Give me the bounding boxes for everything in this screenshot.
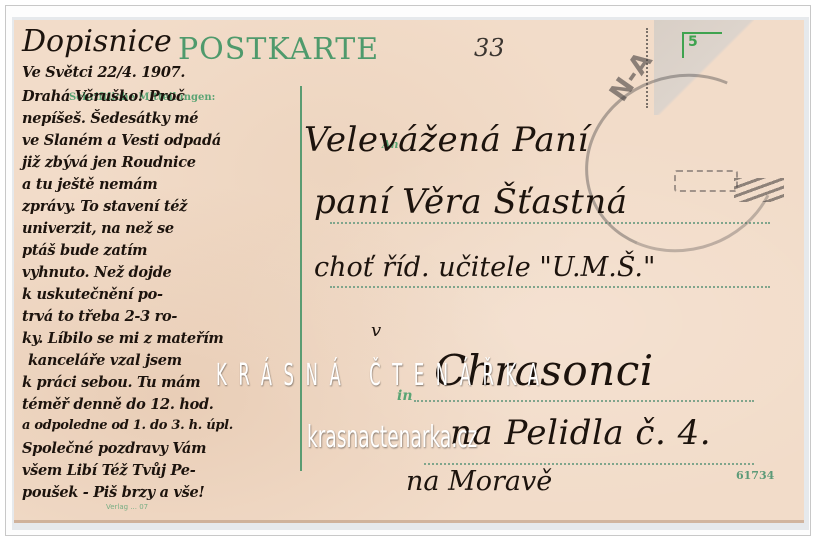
- card-bottom-edge: [14, 520, 804, 523]
- message-line: Společné pozdravy Vám: [22, 440, 206, 457]
- message-line: téměř denně do 12. hod.: [22, 396, 214, 413]
- address-region: na Moravě: [406, 466, 552, 497]
- postmark-cancel-lines: [734, 178, 784, 202]
- message-line: ptáš bude zatím: [22, 242, 147, 259]
- message-line: univerzit, na než se: [22, 220, 174, 237]
- message-line: zprávy. To stavení též: [22, 198, 187, 215]
- message-line: a tu ještě nemám: [22, 176, 157, 193]
- postkarte-title: POSTKARTE: [178, 32, 379, 67]
- address-salutation: Velevážená Paní: [304, 120, 589, 160]
- catalog-number: 61734: [736, 469, 774, 482]
- address-line-4: [424, 463, 754, 465]
- message-line: k uskutečnění po-: [22, 286, 163, 303]
- address-title: choť říd. učitele "U.M.Š.": [314, 252, 655, 283]
- message-line: trvá to třeba 2-3 ro-: [22, 308, 177, 325]
- message-line: nepíšeš. Šedesátky mé: [22, 110, 198, 127]
- message-line: a odpoledne od 1. do 3. h. úpl.: [22, 418, 233, 433]
- message-line: k práci sebou. Tu mám: [22, 374, 200, 391]
- watermark-brand: KRÁSNÁ ČTENÁŘKA: [216, 358, 550, 393]
- publisher-line: Verlag ... 07: [106, 503, 148, 511]
- reference-number: 33: [474, 34, 505, 62]
- postmark-circle: [560, 47, 804, 279]
- message-line: poušek - Piš brzy a vše!: [22, 484, 204, 501]
- message-line: již zbývá jen Roudnice: [22, 154, 196, 171]
- address-line-2: [330, 286, 770, 288]
- address-preposition: v: [371, 320, 381, 341]
- message-line: vyhnuto. Než dojde: [22, 264, 171, 281]
- handwritten-heading: Dopisnice: [22, 24, 172, 59]
- message-line: Drahá Věruško! Proč: [22, 88, 185, 105]
- message-line: všem Libí Též Tvůj Pe-: [22, 462, 195, 479]
- address-street: na Pelidla č. 4.: [450, 413, 711, 453]
- address-name: paní Věra Šťastná: [314, 182, 628, 222]
- message-line: kanceláře vzal jsem: [28, 352, 182, 369]
- postmark-date-box: [674, 170, 738, 192]
- message-line: ky. Líbilo se mi z mateřím: [22, 330, 223, 347]
- divider-line: [300, 86, 302, 471]
- message-line: ve Slaném a Vesti odpadá: [22, 132, 221, 149]
- message-line: Ve Světci 22/4. 1907.: [22, 64, 185, 81]
- watermark-url: krasnactenarka.cz: [307, 420, 477, 455]
- stamp-value: 5: [688, 34, 698, 50]
- address-line-3: [414, 400, 754, 402]
